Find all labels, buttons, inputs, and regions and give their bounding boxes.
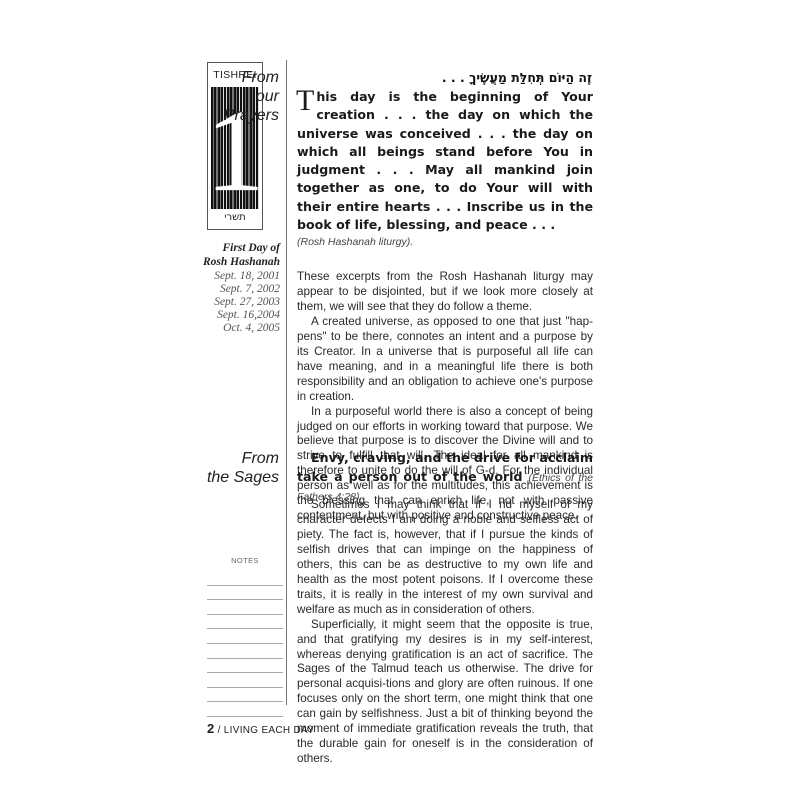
- note-line: [207, 673, 283, 688]
- page-footer: 2 / LIVING EACH DAY: [207, 721, 314, 736]
- commentary-sages: Sometimes I may think that if I rid myse…: [297, 498, 593, 767]
- label-line: From: [224, 68, 279, 87]
- date-item: Sept. 16,2004: [203, 309, 280, 322]
- footer-separator: /: [215, 725, 224, 736]
- paragraph: A created universe, as opposed to one th…: [297, 315, 593, 405]
- note-line: [207, 600, 283, 615]
- drop-cap: T: [296, 88, 314, 114]
- note-line: [207, 688, 283, 703]
- label-line: From: [207, 449, 279, 468]
- note-line: [207, 659, 283, 674]
- date-item: Sept. 27, 2003: [203, 296, 280, 309]
- label-line: the Sages: [207, 468, 279, 487]
- day-name: First Day of Rosh Hashanah: [203, 241, 280, 269]
- date-item: Sept. 18, 2001: [203, 270, 280, 283]
- hebrew-prayer-text: זֶה הַיּוֹם תְּחִלַּת מַעֲשֶׂיךָ . . .: [400, 70, 592, 86]
- prayer-source: (Rosh Hashanah liturgy).: [297, 234, 593, 250]
- page-number: 2: [207, 721, 215, 736]
- date-item: Sept. 7, 2002: [203, 283, 280, 296]
- paragraph: These excerpts from the Rosh Hashanah li…: [297, 270, 593, 315]
- paragraph: Sometimes I may think that if I rid myse…: [297, 498, 593, 618]
- column-divider: [286, 60, 287, 705]
- note-line: [207, 586, 283, 601]
- day-info: First Day of Rosh Hashanah Sept. 18, 200…: [203, 241, 280, 335]
- calendar-hebrew-month: תשרי: [208, 208, 262, 228]
- day-name-line2: Rosh Hashanah: [203, 255, 280, 269]
- book-title: LIVING EACH DAY: [224, 725, 314, 736]
- date-item: Oct. 4, 2005: [203, 322, 280, 335]
- note-line: [207, 615, 283, 630]
- label-line: our: [224, 87, 279, 106]
- note-line: [207, 644, 283, 659]
- section-label-prayers: From our Prayers: [224, 68, 279, 125]
- prayer-text: his day is the beginning of Your creatio…: [297, 89, 593, 232]
- notes-area: NOTES: [207, 556, 283, 717]
- paragraph: Superficially, it might seem that the op…: [297, 618, 593, 768]
- notes-title: NOTES: [207, 556, 283, 565]
- prayer-translation: This day is the beginning of Your creati…: [297, 88, 593, 250]
- note-line: [207, 571, 283, 586]
- day-name-line1: First Day of: [203, 241, 280, 255]
- section-label-sages: From the Sages: [207, 449, 279, 487]
- label-line: Prayers: [224, 106, 279, 125]
- date-list: Sept. 18, 2001 Sept. 7, 2002 Sept. 27, 2…: [203, 270, 280, 335]
- book-page: TISHREI 1 תשרי First Day of Rosh Hashana…: [0, 0, 800, 800]
- note-line: [207, 629, 283, 644]
- note-line: [207, 702, 283, 717]
